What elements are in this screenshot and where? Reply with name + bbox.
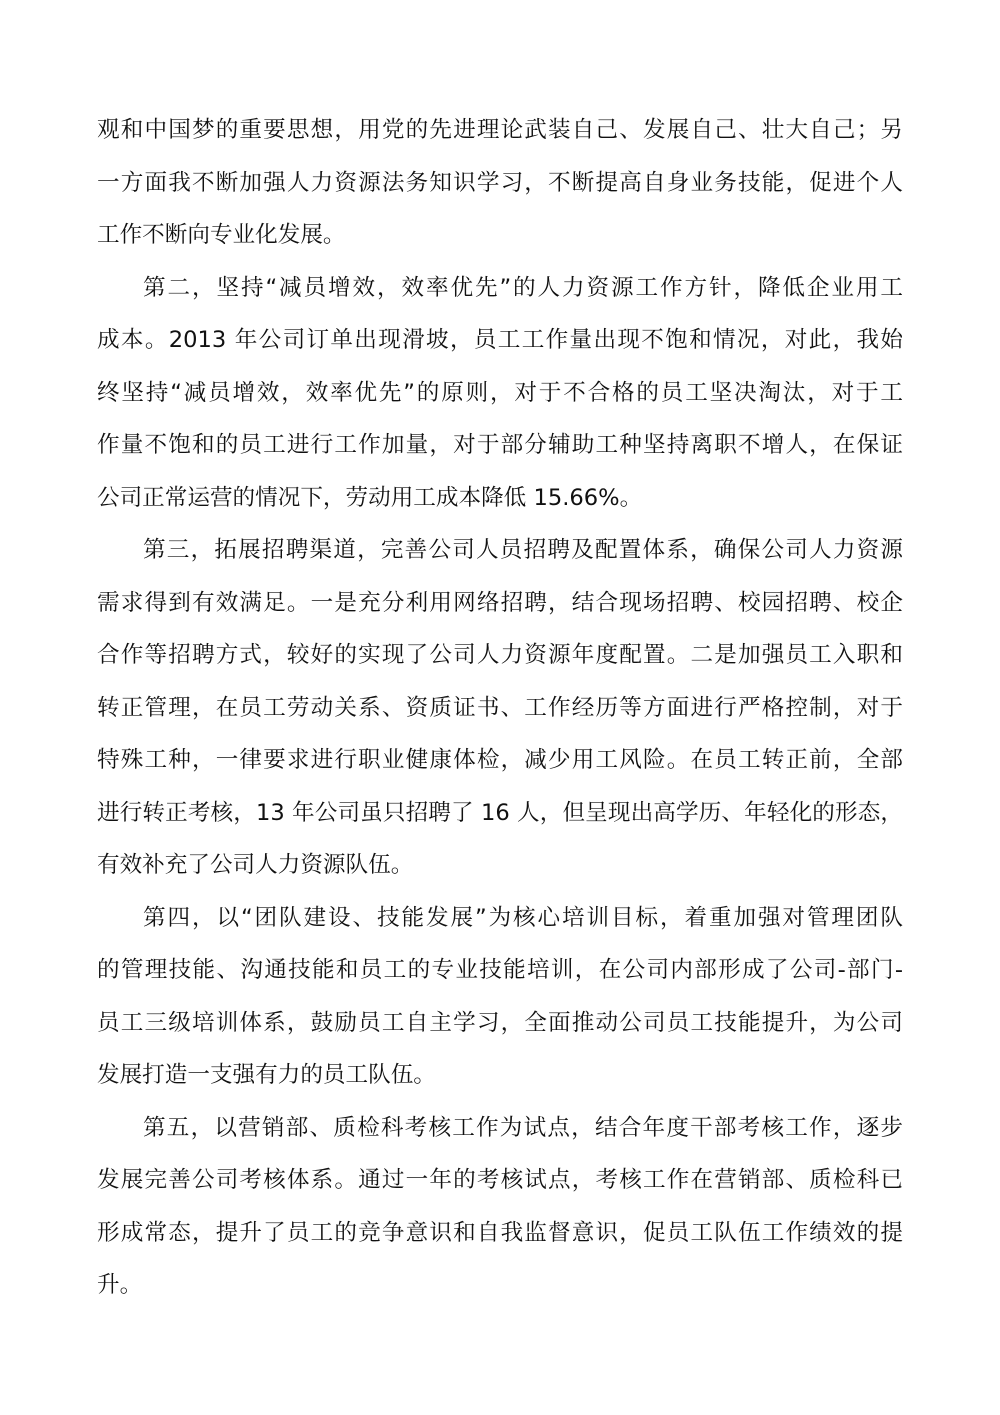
text-line: 终坚持“减员增效，效率优先”的原则，对于不合格的员工坚决淘汰，对于工 (97, 367, 903, 420)
text-line: 公司正常运营的情况下，劳动用工成本降低 15.66%。 (97, 472, 903, 525)
text-line: 升。 (97, 1259, 903, 1312)
text-line: 的管理技能、沟通技能和员工的专业技能培训，在公司内部形成了公司-部门- (97, 944, 903, 997)
text-line: 作量不饱和的员工进行工作加量，对于部分辅助工种坚持离职不增人，在保证 (97, 419, 903, 472)
paragraph-5-assessment: 第五，以营销部、质检科考核工作为试点，结合年度干部考核工作，逐步 发展完善公司考… (97, 1102, 903, 1312)
text-line: 发展打造一支强有力的员工队伍。 (97, 1049, 903, 1102)
paragraph-3-recruitment: 第三，拓展招聘渠道，完善公司人员招聘及配置体系，确保公司人力资源 需求得到有效满… (97, 524, 903, 892)
text-line: 进行转正考核，13 年公司虽只招聘了 16 人，但呈现出高学历、年轻化的形态， (97, 787, 903, 840)
text-line: 形成常态，提升了员工的竞争意识和自我监督意识，促员工队伍工作绩效的提 (97, 1207, 903, 1260)
text-line: 需求得到有效满足。一是充分利用网络招聘，结合现场招聘、校园招聘、校企 (97, 577, 903, 630)
text-line: 一方面我不断加强人力资源法务知识学习，不断提高自身业务技能，促进个人 (97, 157, 903, 210)
paragraph-4-training: 第四，以“团队建设、技能发展”为核心培训目标，着重加强对管理团队 的管理技能、沟… (97, 892, 903, 1102)
text-line: 工作不断向专业化发展。 (97, 209, 903, 262)
text-line: 转正管理，在员工劳动关系、资质证书、工作经历等方面进行严格控制，对于 (97, 682, 903, 735)
text-line: 第三，拓展招聘渠道，完善公司人员招聘及配置体系，确保公司人力资源 (97, 524, 903, 577)
text-line: 特殊工种，一律要求进行职业健康体检，减少用工风险。在员工转正前，全部 (97, 734, 903, 787)
text-line: 第四，以“团队建设、技能发展”为核心培训目标，着重加强对管理团队 (97, 892, 903, 945)
paragraph-1-continuation: 观和中国梦的重要思想，用党的先进理论武装自己、发展自己、壮大自己；另 一方面我不… (97, 104, 903, 262)
text-line: 观和中国梦的重要思想，用党的先进理论武装自己、发展自己、壮大自己；另 (97, 104, 903, 157)
text-line: 第五，以营销部、质检科考核工作为试点，结合年度干部考核工作，逐步 (97, 1102, 903, 1155)
text-line: 员工三级培训体系，鼓励员工自主学习，全面推动公司员工技能提升，为公司 (97, 997, 903, 1050)
text-line: 成本。2013 年公司订单出现滑坡，员工工作量出现不饱和情况，对此，我始 (97, 314, 903, 367)
text-line: 发展完善公司考核体系。通过一年的考核试点，考核工作在营销部、质检科已 (97, 1154, 903, 1207)
paragraph-2-cost-reduction: 第二，坚持“减员增效，效率优先”的人力资源工作方针，降低企业用工 成本。2013… (97, 262, 903, 525)
document-page: 观和中国梦的重要思想，用党的先进理论武装自己、发展自己、壮大自己；另 一方面我不… (97, 104, 903, 1312)
text-line: 第二，坚持“减员增效，效率优先”的人力资源工作方针，降低企业用工 (97, 262, 903, 315)
text-line: 合作等招聘方式，较好的实现了公司人力资源年度配置。二是加强员工入职和 (97, 629, 903, 682)
text-line: 有效补充了公司人力资源队伍。 (97, 839, 903, 892)
